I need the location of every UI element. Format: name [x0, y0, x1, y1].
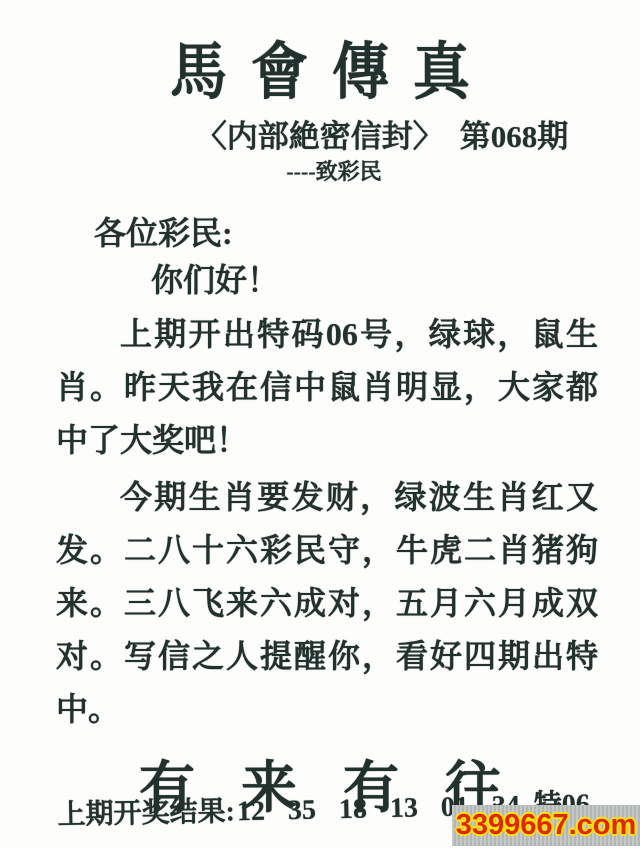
issue-number: 第068期 — [460, 119, 569, 154]
dedication-line: ----致彩民 — [14, 158, 640, 186]
paragraph-last-draw: 上期开出特码06号，绿球，鼠生肖。昨天我在信中鼠肖明显，大家都中了大奖吧！ — [56, 308, 598, 467]
site-watermark: 3399667.com — [452, 805, 640, 846]
paragraph-current-tip: 今期生肖要发财，绿波生肖红又发。二八十六彩民守，牛虎二肖猪狗来。三八飞来六成对，… — [56, 471, 598, 736]
salutation: 各位彩民: — [94, 212, 598, 254]
subtitle-envelope-label: 〈内部絶密信封〉 — [196, 119, 444, 154]
fax-letter-page: 馬會傳真 〈内部絶密信封〉第068期 ----致彩民 各位彩民: 你们好！ 上期… — [0, 0, 640, 848]
watermark-url-text: 3399667.com — [456, 809, 637, 842]
letter-body: 各位彩民: 你们好！ 上期开出特码06号，绿球，鼠生肖。昨天我在信中鼠肖明显，大… — [0, 212, 640, 736]
result-label: 上期开奖结果: — [57, 796, 235, 831]
page-title: 馬會傳真 — [26, 34, 615, 112]
greeting: 你们好！ — [151, 256, 598, 304]
letter-header: 馬會傳真 〈内部絶密信封〉第068期 ----致彩民 — [0, 34, 640, 186]
subtitle-line: 〈内部絶密信封〉第068期 — [62, 116, 640, 158]
